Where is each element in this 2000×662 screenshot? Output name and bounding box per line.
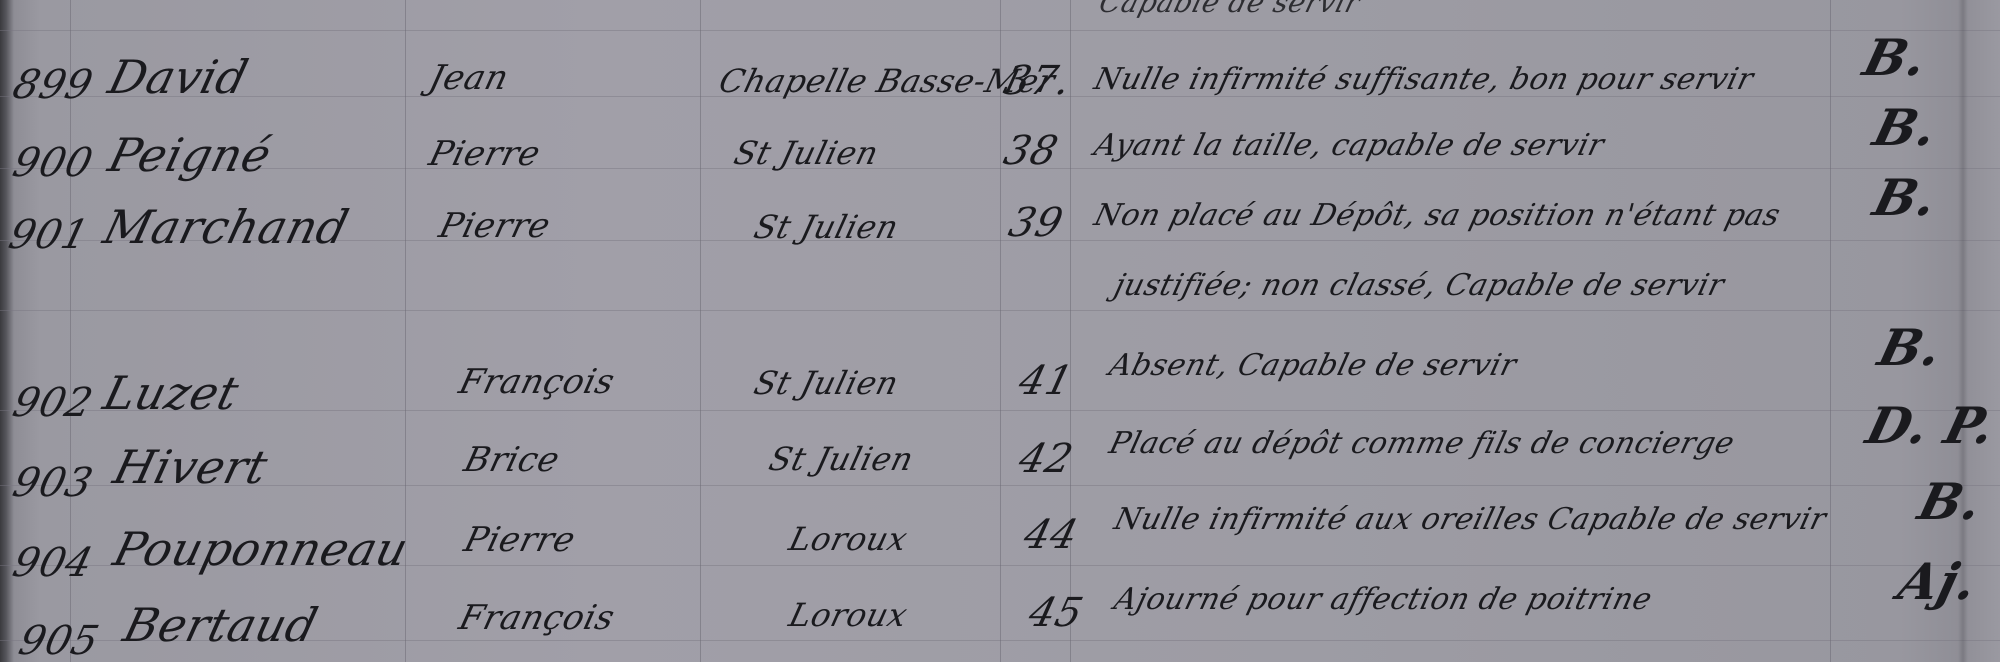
draw-number: 42 — [1014, 436, 1077, 482]
surname: Hivert — [108, 440, 273, 494]
decision: B. — [1873, 318, 1948, 377]
remark: Placé au dépôt comme fils de concierge — [1106, 426, 1738, 461]
entry-number: 900 — [8, 140, 97, 186]
draw-number: 45 — [1024, 590, 1087, 636]
register-page: Capable de servir 899 David Jean Chapell… — [0, 0, 2000, 662]
entry-number: 899 — [8, 62, 97, 108]
entry-number: 903 — [8, 460, 97, 506]
commune: St Julien — [730, 134, 882, 172]
given-name: Brice — [460, 440, 564, 480]
given-name: Pierre — [425, 134, 544, 174]
draw-number: 37. — [999, 58, 1076, 104]
decision: Aj. — [1893, 552, 1984, 611]
draw-number: 41 — [1014, 358, 1077, 404]
surname: Peigné — [103, 128, 277, 182]
column-rule — [700, 0, 701, 662]
remark: Non placé au Dépôt, sa position n'étant … — [1091, 198, 1784, 233]
surname: Luzet — [98, 366, 244, 420]
remark: Ayant la taille, capable de servir — [1091, 128, 1608, 163]
given-name: François — [455, 598, 619, 638]
column-rule — [405, 0, 406, 662]
entry-number: 905 — [14, 618, 103, 662]
entry-number: 902 — [8, 380, 97, 426]
surname: David — [103, 50, 253, 104]
given-name: Pierre — [460, 520, 579, 560]
entry-number: 901 — [4, 212, 93, 258]
remark: Nulle infirmité suffisante, bon pour ser… — [1091, 62, 1758, 97]
entry-number: 904 — [8, 540, 97, 586]
decision: B. — [1868, 98, 1943, 157]
commune: St Julien — [765, 440, 917, 478]
decision: B. — [1858, 28, 1933, 87]
given-name: François — [455, 362, 619, 402]
commune: Loroux — [785, 596, 911, 634]
commune: St Julien — [750, 364, 902, 402]
surname: Marchand — [98, 200, 354, 254]
draw-number: 44 — [1019, 512, 1082, 558]
given-name: Pierre — [435, 206, 554, 246]
remark: Absent, Capable de servir — [1106, 348, 1521, 383]
decision: B. — [1868, 168, 1943, 227]
commune: Loroux — [785, 520, 911, 558]
header-fragment: Capable de servir — [1096, 0, 1364, 19]
remark: Ajourné pour affection de poitrine — [1111, 582, 1656, 617]
remark: Nulle infirmité aux oreilles Capable de … — [1111, 502, 1830, 537]
remark-continuation: justifiée; non classé, Capable de servir — [1111, 268, 1728, 303]
decision: B. — [1913, 472, 1988, 531]
given-name: Jean — [425, 58, 513, 98]
column-rule — [1070, 0, 1071, 662]
column-rule — [1830, 0, 1831, 662]
commune: St Julien — [750, 208, 902, 246]
surname: Pouponneau — [108, 522, 414, 576]
surname: Bertaud — [118, 598, 323, 652]
decision: D. P. — [1861, 396, 2000, 455]
